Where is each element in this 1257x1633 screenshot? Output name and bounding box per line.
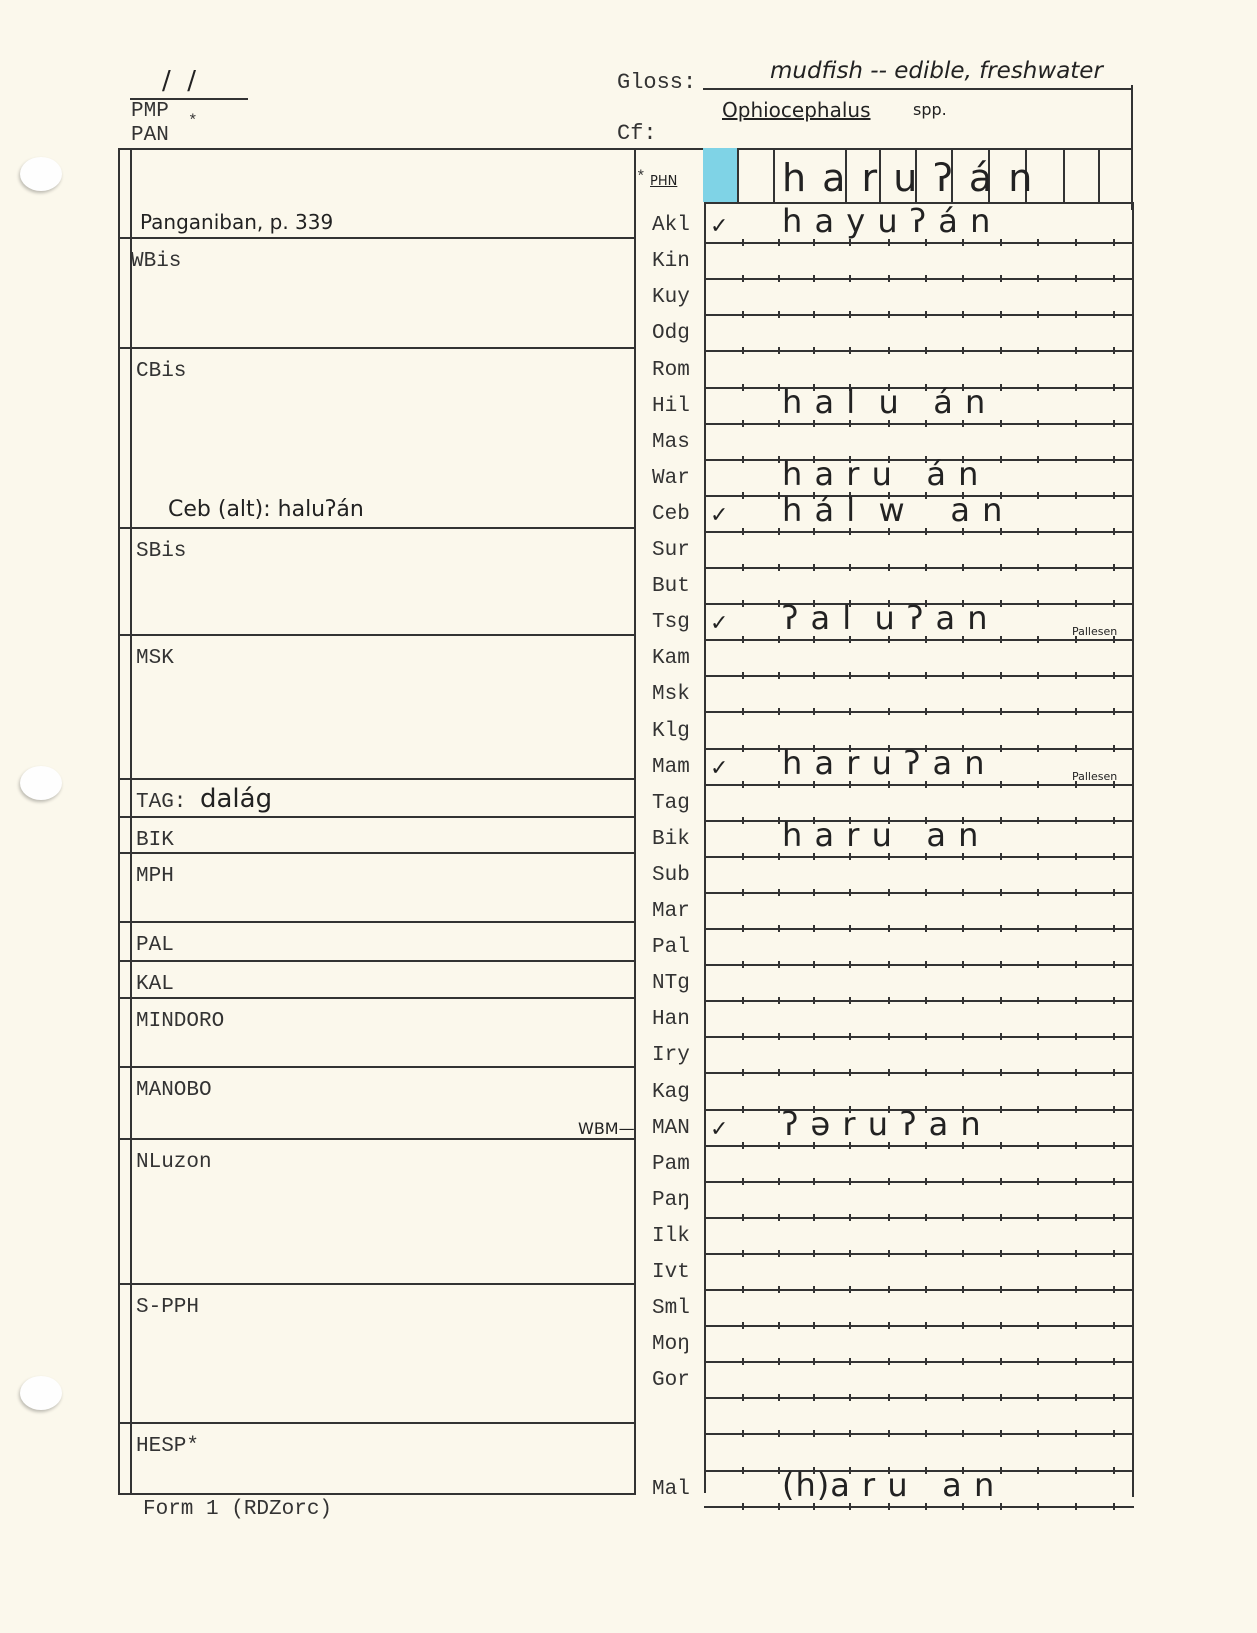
section-label: CBis: [136, 360, 186, 383]
phn-form[interactable]: h a r u ʔ á n: [782, 156, 1034, 200]
section-divider: [118, 1422, 634, 1424]
language-label: Tag: [652, 792, 724, 815]
section-label: BIK: [136, 829, 174, 852]
baseline-tick: [813, 1214, 815, 1221]
baseline-tick: [1113, 1394, 1115, 1401]
baseline-tick: [742, 239, 744, 246]
baseline-tick: [1037, 600, 1039, 607]
baseline-tick: [742, 275, 744, 282]
baseline-tick: [962, 961, 964, 968]
baseline-tick: [1000, 1250, 1002, 1257]
form-baseline: [704, 278, 1134, 280]
baseline-tick: [1037, 708, 1039, 715]
baseline-tick: [1075, 1358, 1077, 1365]
baseline-tick: [742, 420, 744, 427]
baseline-tick: [778, 1069, 780, 1076]
baseline-tick: [1037, 1033, 1039, 1040]
reflex-form[interactable]: h a l u á n: [782, 383, 986, 421]
section-label: MSK: [136, 647, 174, 670]
baseline-tick: [778, 600, 780, 607]
baseline-tick: [778, 1142, 780, 1149]
baseline-tick: [1113, 1178, 1115, 1185]
cf-label: Cf:: [617, 121, 657, 146]
baseline-tick: [1075, 492, 1077, 499]
baseline-tick: [742, 384, 744, 391]
form-baseline: [704, 675, 1134, 677]
baseline-tick: [1113, 1214, 1115, 1221]
baseline-tick: [742, 1033, 744, 1040]
baseline-tick: [778, 961, 780, 968]
gloss-label: Gloss:: [617, 70, 696, 95]
baseline-tick: [888, 961, 890, 968]
form-baseline: [704, 1145, 1134, 1147]
baseline-tick: [1000, 239, 1002, 246]
baseline-tick: [925, 1358, 927, 1365]
baseline-tick: [925, 636, 927, 643]
baseline-tick: [742, 311, 744, 318]
baseline-tick: [1113, 817, 1115, 824]
baseline-tick: [849, 275, 851, 282]
baseline-tick: [1000, 420, 1002, 427]
baseline-tick: [925, 1069, 927, 1076]
form-baseline: [704, 1072, 1134, 1074]
language-label: NTg: [652, 972, 724, 995]
baseline-tick: [813, 889, 815, 896]
baseline-tick: [1037, 1142, 1039, 1149]
baseline-tick: [778, 420, 780, 427]
baseline-tick: [1075, 1142, 1077, 1149]
language-label: Mal: [652, 1478, 724, 1501]
baseline-tick: [1075, 672, 1077, 679]
baseline-tick: [1075, 1033, 1077, 1040]
gloss-value[interactable]: mudfish -- edible, freshwater: [770, 58, 1103, 84]
baseline-tick: [849, 672, 851, 679]
baseline-tick: [1075, 817, 1077, 824]
baseline-tick: [742, 1106, 744, 1113]
section-note[interactable]: Ceb (alt): haluʔán: [168, 497, 364, 522]
baseline-tick: [1075, 1069, 1077, 1076]
baseline-tick: [1075, 528, 1077, 535]
baseline-tick: [1000, 384, 1002, 391]
baseline-tick: [849, 1214, 851, 1221]
baseline-tick: [1037, 1250, 1039, 1257]
baseline-tick: [1075, 311, 1077, 318]
baseline-tick: [813, 275, 815, 282]
baseline-tick: [1000, 1394, 1002, 1401]
section-divider: [118, 1138, 634, 1140]
baseline-tick: [742, 600, 744, 607]
baseline-tick: [1113, 1069, 1115, 1076]
baseline-tick: [742, 1503, 744, 1510]
baseline-tick: [1037, 853, 1039, 860]
form-baseline: [704, 242, 1134, 244]
baseline-tick: [742, 961, 744, 968]
baseline-tick: [813, 708, 815, 715]
baseline-tick: [778, 384, 780, 391]
baseline-tick: [849, 925, 851, 932]
baseline-tick: [778, 1250, 780, 1257]
baseline-tick: [1037, 456, 1039, 463]
form-baseline: [704, 639, 1134, 641]
baseline-tick: [849, 1142, 851, 1149]
baseline-tick: [1113, 925, 1115, 932]
baseline-tick: [778, 1322, 780, 1329]
baseline-tick: [1113, 492, 1115, 499]
baseline-tick: [1113, 384, 1115, 391]
baseline-tick: [1000, 1033, 1002, 1040]
section-label: HESP*: [136, 1435, 199, 1458]
language-label: Kam: [652, 647, 724, 670]
reflex-form[interactable]: h a r u á n: [782, 455, 979, 493]
language-label: Pal: [652, 936, 724, 959]
baseline-tick: [1075, 853, 1077, 860]
proto-label-pmp: PMP: [131, 100, 169, 123]
section-divider: [118, 960, 634, 962]
baseline-tick: [925, 275, 927, 282]
baseline-tick: [925, 1250, 927, 1257]
section-note[interactable]: Panganiban, p. 339: [140, 210, 333, 234]
baseline-tick: [778, 1394, 780, 1401]
baseline-tick: [1113, 528, 1115, 535]
baseline-tick: [742, 1214, 744, 1221]
reflex-form[interactable]: ʔ ə r u ʔ a n: [782, 1105, 982, 1143]
baseline-tick: [813, 1069, 815, 1076]
baseline-tick: [1113, 1142, 1115, 1149]
baseline-tick: [888, 1142, 890, 1149]
baseline-tick: [742, 1069, 744, 1076]
baseline-tick: [1000, 564, 1002, 571]
baseline-tick: [1000, 1106, 1002, 1113]
form-baseline: [704, 1181, 1134, 1183]
baseline-tick: [962, 672, 964, 679]
baseline-tick: [742, 564, 744, 571]
baseline-tick: [962, 636, 964, 643]
baseline-tick: [1037, 1214, 1039, 1221]
baseline-tick: [778, 492, 780, 499]
baseline-tick: [925, 781, 927, 788]
baseline-tick: [925, 311, 927, 318]
section-label: WBis: [131, 250, 181, 273]
source-note: Pallesen: [1072, 770, 1117, 783]
baseline-tick: [1113, 1467, 1115, 1474]
baseline-tick: [1037, 997, 1039, 1004]
language-label: Sur: [652, 539, 724, 562]
baseline-tick: [925, 1142, 927, 1149]
baseline-tick: [1113, 853, 1115, 860]
baseline-tick: [962, 239, 964, 246]
baseline-tick: [813, 781, 815, 788]
baseline-tick: [1037, 889, 1039, 896]
language-label: Ivt: [652, 1261, 724, 1284]
section-divider: [118, 852, 634, 854]
section-label: MINDORO: [136, 1010, 224, 1033]
baseline-tick: [888, 1503, 890, 1510]
baseline-tick: [962, 889, 964, 896]
baseline-tick: [742, 456, 744, 463]
baseline-tick: [778, 1178, 780, 1185]
baseline-tick: [888, 997, 890, 1004]
language-label: Sub: [652, 864, 724, 887]
baseline-tick: [925, 420, 927, 427]
form-baseline: [704, 784, 1134, 786]
baseline-tick: [1037, 1394, 1039, 1401]
reflex-form[interactable]: ʔ a l u ʔ a n: [782, 599, 989, 637]
baseline-tick: [1075, 600, 1077, 607]
baseline-tick: [1113, 239, 1115, 246]
section-divider: [118, 1066, 634, 1068]
baseline-tick: [849, 420, 851, 427]
baseline-tick: [1000, 528, 1002, 535]
language-label: Mar: [652, 900, 724, 923]
baseline-tick: [888, 1430, 890, 1437]
baseline-tick: [1113, 997, 1115, 1004]
baseline-tick: [925, 528, 927, 535]
baseline-tick: [778, 925, 780, 932]
language-label: Ilk: [652, 1225, 724, 1248]
section-label: KAL: [136, 973, 174, 996]
baseline-tick: [849, 564, 851, 571]
reflex-form[interactable]: h a r u ʔ a n: [782, 744, 986, 782]
baseline-tick: [742, 1178, 744, 1185]
baseline-tick: [742, 925, 744, 932]
baseline-tick: [778, 745, 780, 752]
phn-asterisk: *: [636, 168, 646, 186]
wbm-marker: WBM—: [578, 1119, 635, 1138]
baseline-tick: [962, 853, 964, 860]
rows-right-border: [1132, 202, 1134, 1497]
baseline-tick: [742, 347, 744, 354]
baseline-tick: [1113, 745, 1115, 752]
baseline-tick: [1075, 997, 1077, 1004]
baseline-tick: [778, 997, 780, 1004]
baseline-tick: [1113, 672, 1115, 679]
section-divider: [118, 997, 634, 999]
baseline-tick: [1000, 708, 1002, 715]
language-label: Mas: [652, 431, 724, 454]
baseline-tick: [1037, 1286, 1039, 1293]
baseline-tick: [1000, 672, 1002, 679]
baseline-tick: [813, 1142, 815, 1149]
baseline-tick: [849, 1178, 851, 1185]
baseline-tick: [1000, 347, 1002, 354]
language-label: Hil: [652, 395, 724, 418]
baseline-tick: [925, 1033, 927, 1040]
baseline-tick: [813, 239, 815, 246]
section-divider: [118, 237, 634, 239]
baseline-tick: [813, 1358, 815, 1365]
punch-hole-top: [20, 157, 62, 191]
baseline-tick: [1000, 1322, 1002, 1329]
punch-hole-bottom: [20, 1376, 62, 1410]
baseline-tick: [1113, 311, 1115, 318]
proto-asterisk: *: [188, 112, 198, 130]
language-label: Bik: [652, 828, 724, 851]
baseline-tick: [1037, 781, 1039, 788]
baseline-tick: [849, 528, 851, 535]
baseline-tick: [888, 275, 890, 282]
baseline-tick: [1000, 311, 1002, 318]
baseline-tick: [925, 1178, 927, 1185]
baseline-tick: [925, 853, 927, 860]
section-label: TAG:: [136, 791, 186, 814]
baseline-tick: [813, 672, 815, 679]
baseline-tick: [742, 1358, 744, 1365]
baseline-tick: [1000, 1358, 1002, 1365]
baseline-tick: [962, 275, 964, 282]
baseline-tick: [888, 925, 890, 932]
baseline-tick: [849, 961, 851, 968]
baseline-tick: [1037, 817, 1039, 824]
baseline-tick: [813, 420, 815, 427]
baseline-tick: [962, 1286, 964, 1293]
baseline-tick: [1000, 817, 1002, 824]
baseline-tick: [813, 1394, 815, 1401]
baseline-tick: [888, 347, 890, 354]
language-label: Odg: [652, 322, 724, 345]
form-baseline: [704, 1433, 1134, 1435]
baseline-tick: [813, 925, 815, 932]
baseline-tick: [813, 564, 815, 571]
baseline-tick: [925, 708, 927, 715]
form-baseline: [704, 892, 1134, 894]
baseline-tick: [742, 1142, 744, 1149]
baseline-tick: [849, 636, 851, 643]
baseline-tick: [925, 1503, 927, 1510]
baseline-tick: [813, 311, 815, 318]
baseline-tick: [1000, 1142, 1002, 1149]
baseline-tick: [778, 817, 780, 824]
baseline-tick: [962, 1214, 964, 1221]
baseline-tick: [742, 997, 744, 1004]
reflex-form[interactable]: (h)a r u a n: [782, 1466, 995, 1504]
check-mark-icon[interactable]: ✓: [710, 756, 728, 781]
baseline-tick: [925, 1394, 927, 1401]
baseline-tick: [813, 1322, 815, 1329]
language-label: Sml: [652, 1297, 724, 1320]
baseline-tick: [849, 1250, 851, 1257]
divider-mid: [634, 148, 636, 1493]
baseline-tick: [1000, 1069, 1002, 1076]
reflex-form[interactable]: h a r u a n: [782, 816, 979, 854]
baseline-tick: [925, 889, 927, 896]
baseline-tick: [1113, 708, 1115, 715]
check-mark-icon[interactable]: ✓: [710, 611, 728, 636]
baseline-tick: [1113, 1286, 1115, 1293]
baseline-tick: [925, 564, 927, 571]
baseline-tick: [742, 889, 744, 896]
baseline-tick: [1000, 745, 1002, 752]
baseline-tick: [778, 672, 780, 679]
baseline-tick: [1000, 1503, 1002, 1510]
baseline-tick: [742, 528, 744, 535]
baseline-tick: [925, 239, 927, 246]
baseline-tick: [888, 636, 890, 643]
baseline-tick: [962, 1142, 964, 1149]
baseline-tick: [925, 347, 927, 354]
language-label: Klg: [652, 720, 724, 743]
gloss-line: [703, 88, 1133, 90]
baseline-tick: [1113, 961, 1115, 968]
table-top-border: [118, 148, 1133, 150]
baseline-tick: [1000, 636, 1002, 643]
baseline-tick: [742, 1250, 744, 1257]
baseline-tick: [1037, 745, 1039, 752]
baseline-tick: [888, 1322, 890, 1329]
baseline-tick: [962, 1358, 964, 1365]
reflex-form[interactable]: h á l w a n: [782, 491, 1003, 529]
baseline-tick: [1113, 564, 1115, 571]
baseline-tick: [778, 708, 780, 715]
baseline-tick: [849, 853, 851, 860]
baseline-tick: [1113, 456, 1115, 463]
baseline-tick: [849, 1358, 851, 1365]
baseline-tick: [925, 672, 927, 679]
baseline-tick: [888, 1250, 890, 1257]
baseline-tick: [1037, 564, 1039, 571]
baseline-tick: [1113, 1250, 1115, 1257]
baseline-tick: [1075, 961, 1077, 968]
baseline-tick: [1075, 384, 1077, 391]
section-note[interactable]: dalág: [200, 784, 272, 814]
baseline-tick: [849, 1394, 851, 1401]
form-baseline: [704, 350, 1134, 352]
baseline-tick: [1000, 889, 1002, 896]
section-divider: [118, 1283, 634, 1285]
form-baseline: [704, 1506, 1134, 1508]
baseline-tick: [1075, 1106, 1077, 1113]
baseline-tick: [778, 456, 780, 463]
baseline-tick: [849, 1430, 851, 1437]
baseline-tick: [888, 311, 890, 318]
baseline-tick: [742, 853, 744, 860]
language-label: Kin: [652, 250, 724, 273]
baseline-tick: [813, 636, 815, 643]
baseline-tick: [778, 1430, 780, 1437]
right-border: [1131, 85, 1133, 210]
baseline-tick: [1037, 239, 1039, 246]
baseline-tick: [849, 1069, 851, 1076]
baseline-tick: [849, 311, 851, 318]
check-mark-icon[interactable]: ✓: [710, 214, 728, 239]
baseline-tick: [742, 745, 744, 752]
section-label: MANOBO: [136, 1079, 212, 1102]
check-mark-icon[interactable]: ✓: [710, 503, 728, 528]
baseline-tick: [1037, 528, 1039, 535]
section-label: MPH: [136, 865, 174, 888]
baseline-tick: [1037, 1358, 1039, 1365]
baseline-tick: [1000, 600, 1002, 607]
check-mark-icon[interactable]: ✓: [710, 1117, 728, 1142]
reflex-form[interactable]: h a y u ʔ á n: [782, 202, 991, 240]
baseline-tick: [1037, 1430, 1039, 1437]
baseline-tick: [742, 1430, 744, 1437]
baseline-tick: [778, 853, 780, 860]
baseline-tick: [1075, 889, 1077, 896]
baseline-tick: [813, 347, 815, 354]
language-label: Iry: [652, 1044, 724, 1067]
baseline-tick: [813, 1503, 815, 1510]
baseline-tick: [1075, 925, 1077, 932]
baseline-tick: [1037, 347, 1039, 354]
form-baseline: [704, 1217, 1134, 1219]
baseline-tick: [778, 1467, 780, 1474]
baseline-tick: [1037, 492, 1039, 499]
language-label: Rom: [652, 359, 724, 382]
form-baseline: [704, 1000, 1134, 1002]
baseline-tick: [962, 1430, 964, 1437]
baseline-tick: [1075, 1214, 1077, 1221]
baseline-tick: [925, 1322, 927, 1329]
